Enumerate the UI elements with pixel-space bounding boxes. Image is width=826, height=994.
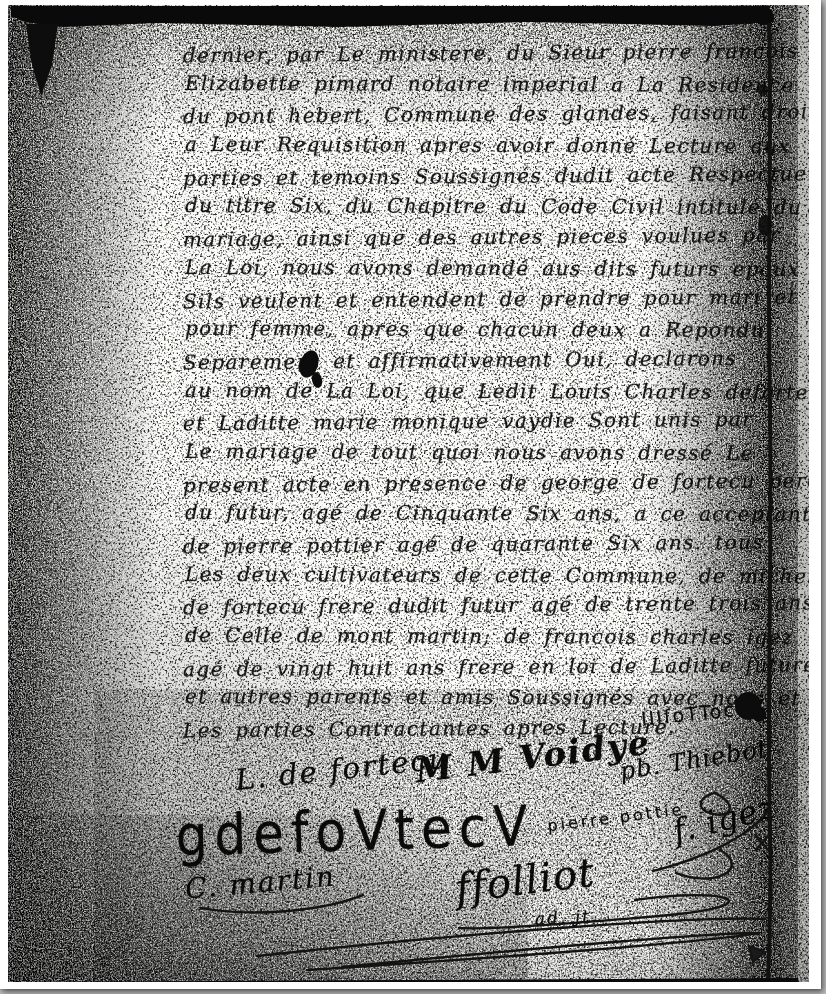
manuscript-line: a Leur Requisition apres avoir donné Lec… [185, 129, 785, 162]
manuscript-line: du pont hebert, Commune des glandes, fai… [183, 97, 783, 132]
manuscript-line: mariage, ainsi que des autres pieces vou… [183, 220, 783, 255]
manuscript-line: Les deux cultivateurs de cette Commune, … [185, 559, 785, 592]
manuscript-line: Le mariage de tout quoi nous avons dress… [185, 436, 785, 469]
manuscript-line: La Loi, nous avons demandé aus dits futu… [185, 252, 785, 285]
signature-g-de-fortecu: gdefoVtecV [175, 793, 535, 868]
manuscript-line: dernier, par Le ministere, du Sieur pier… [183, 36, 783, 71]
top-border-mark [11, 6, 772, 27]
manuscript-line: Elizabette pimard notaire imperial a La … [185, 68, 785, 101]
scanned-page: dernier, par Le ministere, du Sieur pier… [8, 5, 809, 982]
manuscript-line: pour femme, apres que chacun deux a Repo… [185, 313, 785, 346]
signature-folliot-title: ad. jt. [535, 906, 599, 929]
signature-f-igez: f. igez [669, 788, 780, 850]
scan-card: dernier, par Le ministere, du Sieur pier… [0, 0, 821, 989]
manuscript-text: dernier, par Le ministere, du Sieur pier… [183, 38, 783, 744]
signature-pierre-pottier: pierre pottie [546, 800, 685, 836]
manuscript-line: de fortecu frere dudit futur agé de tren… [183, 588, 783, 623]
edge-scratch-marks [749, 835, 769, 962]
manuscript-line: present acte en presence de george de fo… [183, 465, 783, 500]
manuscript-line: de Celle de mont martin; de francois cha… [185, 620, 785, 653]
manuscript-line: Sils veulent et entendent de prendre pou… [183, 281, 783, 316]
top-right-blob [754, 9, 774, 25]
manuscript-line: agé de vingt huit ans frere en loi de La… [183, 649, 783, 684]
manuscript-line: du titre Six, du Chapitre du Code Civil … [185, 190, 785, 223]
manuscript-line: du futur, agé de Cinquante Six ans, a ce… [185, 497, 785, 530]
manuscript-line: parties et temoins Soussignés dudit acte… [183, 158, 783, 193]
top-left-corner-mark [26, 24, 58, 96]
bottom-border-mark [18, 978, 800, 982]
manuscript-line: et Laditte marie monique vaydie Sont uni… [183, 404, 783, 439]
manuscript-line: au nom de La Loi, que Ledit Louis Charle… [185, 375, 785, 408]
manuscript-line: Separement et affirmativement Oui, decla… [183, 343, 783, 378]
manuscript-line: de pierre pottier agé de quarante Six an… [183, 527, 783, 562]
